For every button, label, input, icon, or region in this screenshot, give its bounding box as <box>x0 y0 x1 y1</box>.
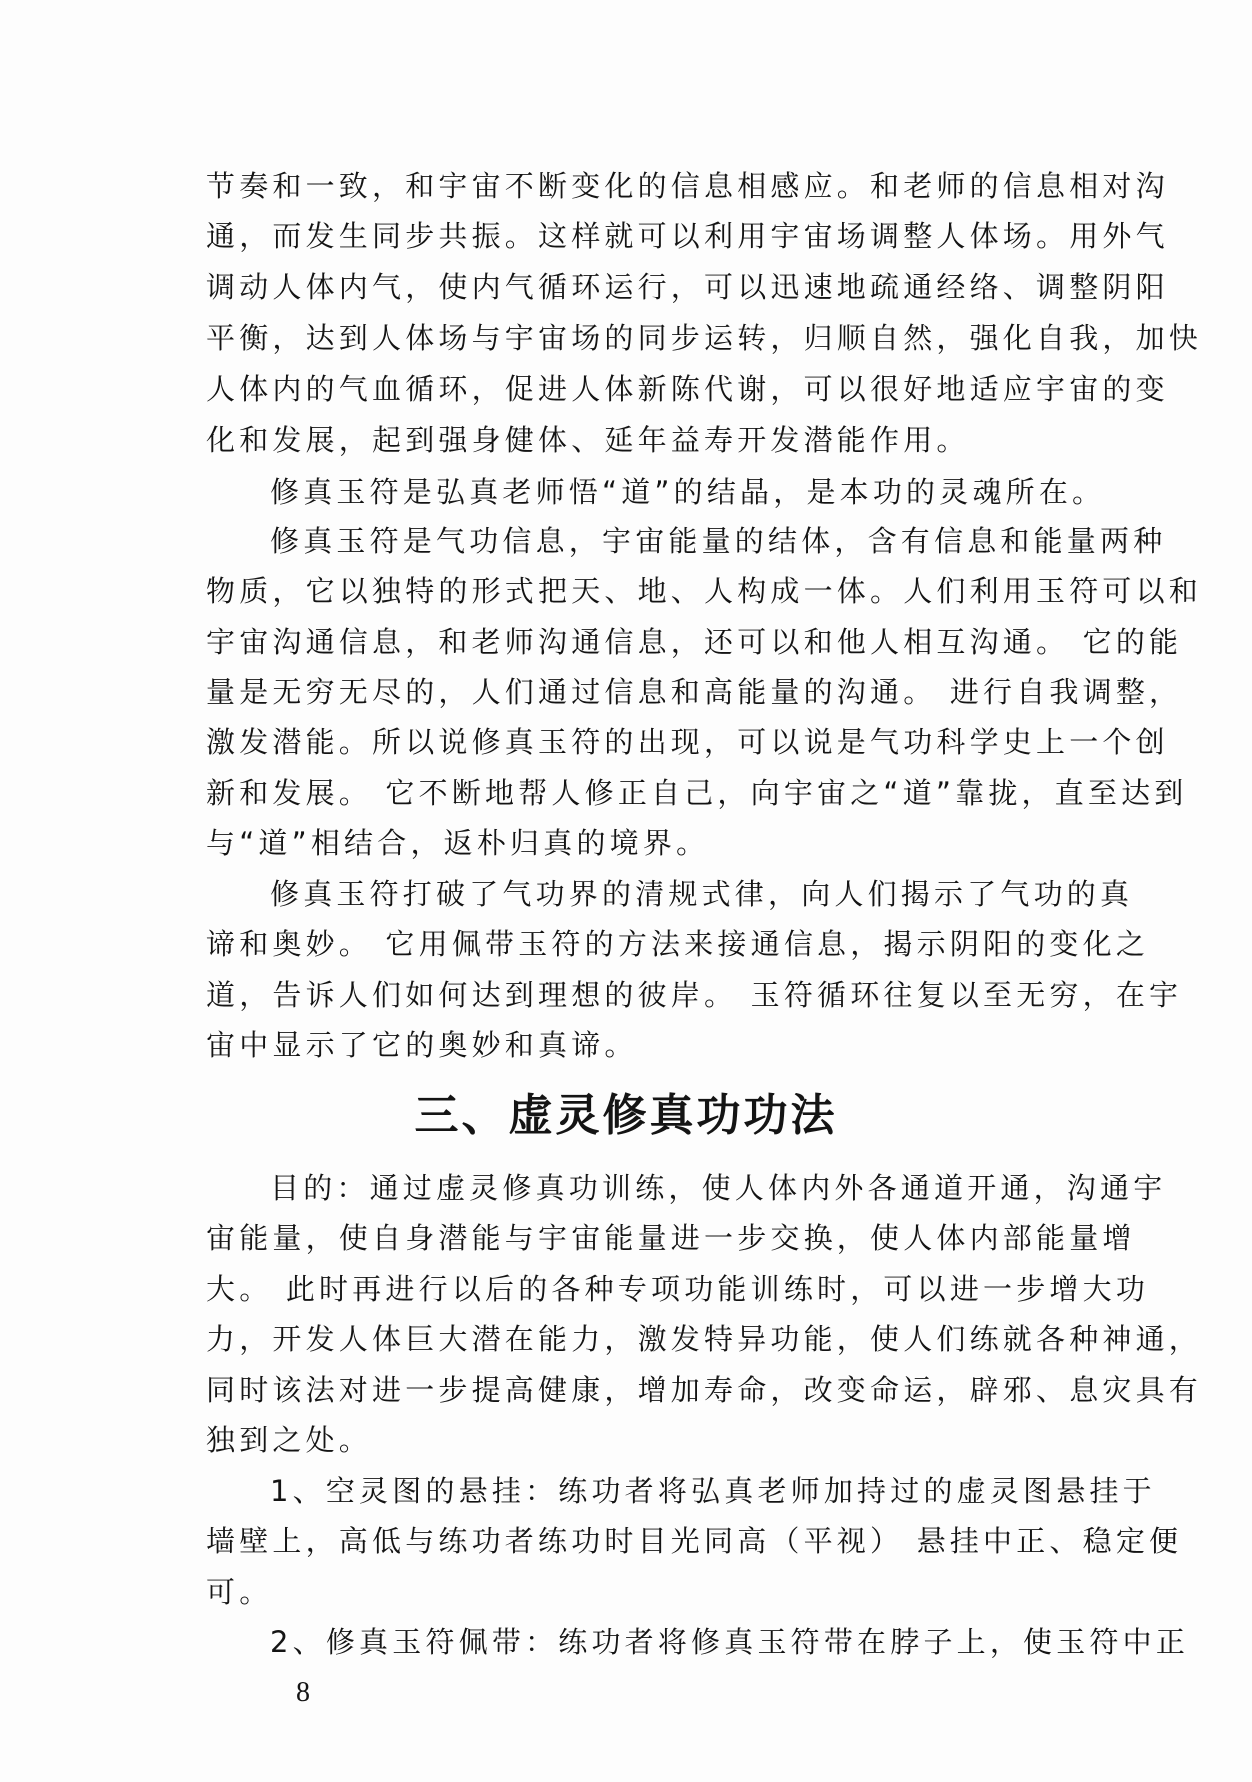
text-line: 节奏和一致，和宇宙不断变化的信息相感应。和老师的信息相对沟 <box>206 166 1206 206</box>
text-line: 墙壁上，高低与练功者练功时目光同高（平视） 悬挂中正、稳定便 <box>206 1521 1206 1561</box>
text-line: 独到之处。 <box>206 1420 1206 1460</box>
text-line: 大。 此时再进行以后的各种专项功能训练时，可以进一步增大功 <box>206 1269 1206 1309</box>
paragraph-start-line: 修真玉符是气功信息，宇宙能量的结体，含有信息和能量两种 <box>270 521 1206 561</box>
paragraph-start-line: 目的：通过虚灵修真功训练，使人体内外各通道开通，沟通宇 <box>270 1168 1206 1208</box>
text-line: 可。 <box>206 1572 1206 1612</box>
text-line: 量是无穷无尽的，人们通过信息和高能量的沟通。 进行自我调整， <box>206 672 1206 712</box>
text-line: 新和发展。 它不断地帮人修正自己，向宇宙之“道”靠拢，直至达到 <box>206 773 1206 813</box>
text-line: 宙中显示了它的奥妙和真谛。 <box>206 1025 1206 1065</box>
text-line: 平衡，达到人体场与宇宙场的同步运转，归顺自然，强化自我，加快 <box>206 318 1206 358</box>
text-line: 化和发展，起到强身健体、延年益寿开发潜能作用。 <box>206 420 1206 460</box>
text-line: 调动人体内气，使内气循环运行，可以迅速地疏通经络、调整阴阳 <box>206 267 1206 307</box>
text-line: 激发潜能。所以说修真玉符的出现，可以说是气功科学史上一个创 <box>206 722 1206 762</box>
text-line: 谛和奥妙。 它用佩带玉符的方法来接通信息，揭示阴阳的变化之 <box>206 924 1206 964</box>
text-line: 人体内的气血循环，促进人体新陈代谢，可以很好地适应宇宙的变 <box>206 369 1206 409</box>
text-line: 物质，它以独特的形式把天、地、人构成一体。人们利用玉符可以和 <box>206 571 1206 611</box>
section-heading: 三、虚灵修真功功法 <box>0 1088 1252 1144</box>
text-line: 道，告诉人们如何达到理想的彼岸。 玉符循环往复以至无穷，在宇 <box>206 975 1206 1015</box>
text-line: 通，而发生同步共振。这样就可以利用宇宙场调整人体场。用外气 <box>206 216 1206 256</box>
text-line: 同时该法对进一步提高健康，增加寿命，改变命运，辟邪、息灾具有 <box>206 1370 1206 1410</box>
paragraph-start-line: 修真玉符打破了气功界的清规式律，向人们揭示了气功的真 <box>270 874 1206 914</box>
paragraph-start-line: 修真玉符是弘真老师悟“道”的结晶，是本功的灵魂所在。 <box>270 472 1206 512</box>
list-item-line: 1、空灵图的悬挂：练功者将弘真老师加持过的虚灵图悬挂于 <box>270 1471 1206 1511</box>
text-line: 宙能量，使自身潜能与宇宙能量进一步交换，使人体内部能量增 <box>206 1218 1206 1258</box>
book-page: 节奏和一致，和宇宙不断变化的信息相感应。和老师的信息相对沟 通，而发生同步共振。… <box>0 0 1252 1782</box>
list-item-line: 2、修真玉符佩带：练功者将修真玉符带在脖子上，使玉符中正 <box>270 1622 1206 1662</box>
text-line: 宇宙沟通信息，和老师沟通信息，还可以和他人相互沟通。 它的能 <box>206 622 1206 662</box>
text-line: 与“道”相结合，返朴归真的境界。 <box>206 823 1206 863</box>
page-number: 8 <box>296 1675 310 1711</box>
text-line: 力，开发人体巨大潜在能力，激发特异功能，使人们练就各种神通， <box>206 1319 1206 1359</box>
